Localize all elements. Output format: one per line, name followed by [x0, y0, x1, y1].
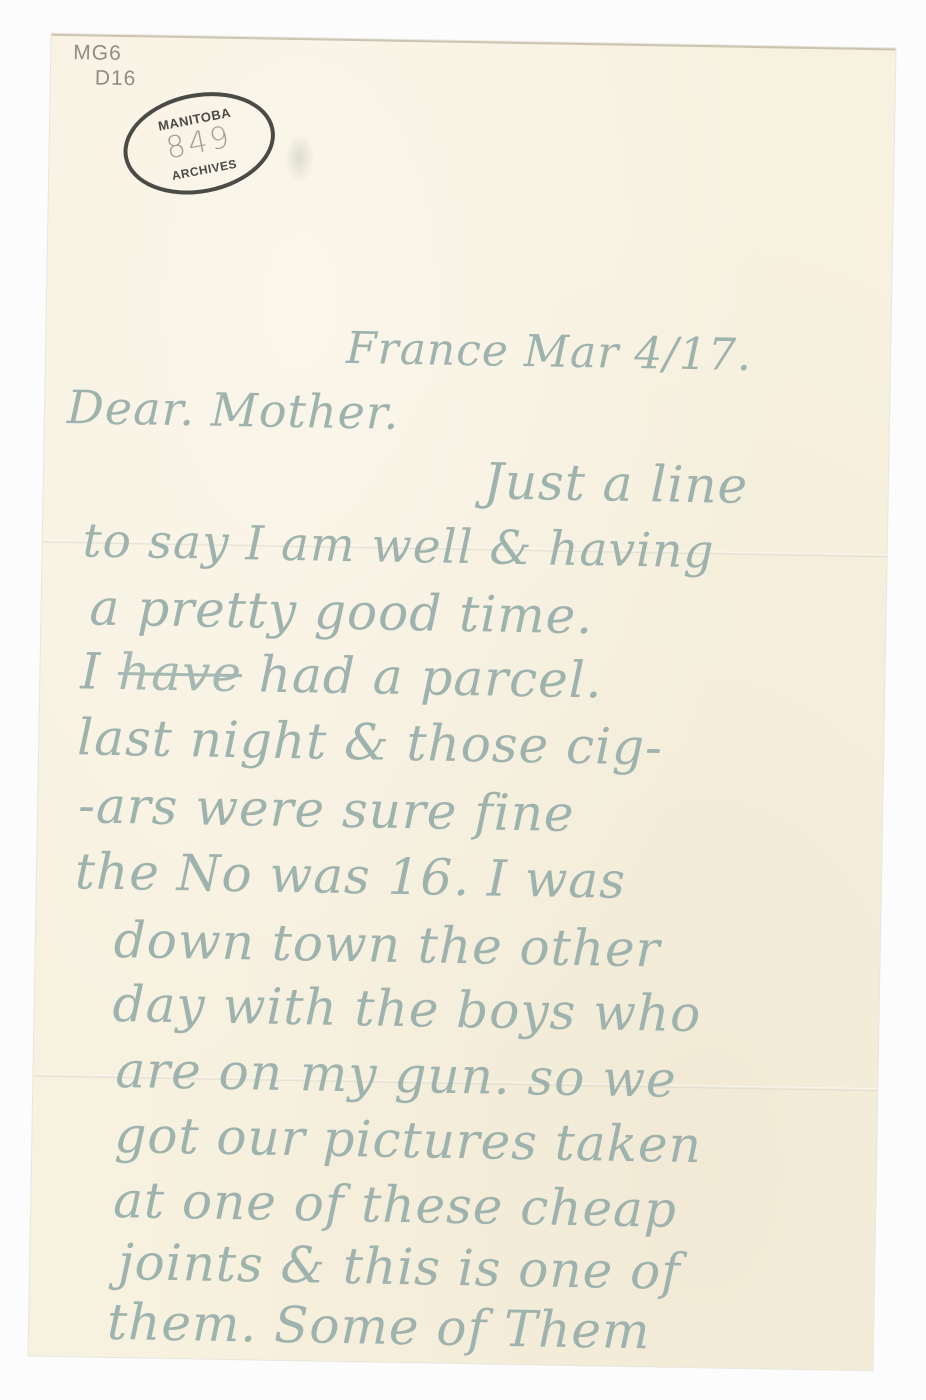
- word-I: I: [80, 642, 119, 701]
- letter-line-5: last night & those cig-: [77, 712, 663, 772]
- letter-line-1: Just a line: [483, 456, 748, 511]
- letter-line-4: I have had a parcel.: [80, 646, 603, 705]
- letter-place-date: France Mar 4/17.: [346, 327, 753, 378]
- ink-smudge: [284, 133, 315, 184]
- letter-line-9: day with the boys who: [112, 979, 702, 1039]
- letter-line-12: at one of these cheap: [113, 1175, 678, 1235]
- letter-line-8: down town the other: [113, 915, 661, 975]
- letter-line-7: the No was 16. I was: [75, 846, 627, 906]
- letter-line-11: got our pictures taken: [114, 1110, 702, 1170]
- catalog-ref-line-1: MG6: [73, 40, 137, 66]
- struck-word: have: [118, 643, 243, 703]
- catalog-ref-line-2: D16: [73, 65, 137, 91]
- letter-line-10: are on my gun. so we: [115, 1045, 677, 1105]
- letter-page: MG6 D16 MANITOBA 849 ARCHIVES France Mar…: [29, 34, 896, 1371]
- line-4-rest: had a parcel.: [241, 645, 603, 709]
- letter-line-2: to say I am well & having: [82, 517, 715, 575]
- letter-line-13: joints & this is one of: [118, 1237, 681, 1297]
- letter-line-6: -ars were sure fine: [78, 780, 575, 839]
- archives-stamp: MANITOBA 849 ARCHIVES: [115, 80, 284, 207]
- catalog-reference: MG6 D16: [73, 40, 137, 91]
- letter-line-3: a pretty good time.: [89, 582, 593, 641]
- letter-salutation: Dear. Mother.: [67, 384, 400, 436]
- letter-line-14: them. Some of Them: [107, 1297, 651, 1356]
